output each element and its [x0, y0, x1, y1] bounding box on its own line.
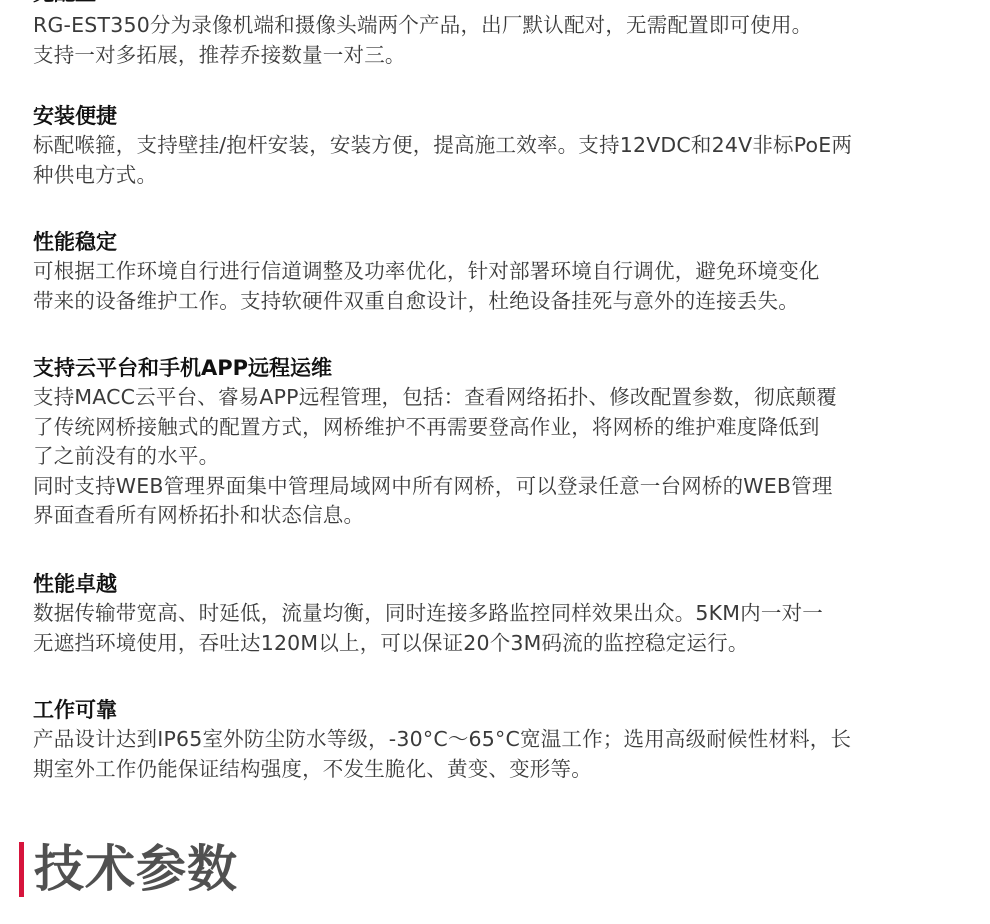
section-paragraph: 支持MACC云平台、睿易APP远程管理，包括：查看网络拓扑、修改配置参数，彻底颠… [33, 383, 968, 531]
intro-line: 支持一对多拓展，推荐乔接数量一对三。 [33, 41, 968, 71]
section-paragraph: 可根据工作环境自行进行信道调整及功率优化，针对部署环境自行调优，避免环境变化 带… [33, 257, 968, 316]
paragraph-line: 种供电方式。 [33, 161, 968, 191]
section-paragraph: 产品设计达到IP65室外防尘防水等级，-30°C～65°C宽温工作；选用高级耐候… [33, 725, 968, 784]
paragraph-line: 数据传输带宽高、时延低，流量均衡，同时连接多路监控同样效果出众。5KM内一对一 [33, 599, 968, 629]
accent-bar [19, 842, 24, 897]
paragraph-line: 带来的设备维护工作。支持软硬件双重自愈设计，杜绝设备挂死与意外的连接丢失。 [33, 287, 968, 317]
feature-section-reliability: 工作可靠 产品设计达到IP65室外防尘防水等级，-30°C～65°C宽温工作；选… [33, 695, 968, 784]
paragraph-line: 支持MACC云平台、睿易APP远程管理，包括：查看网络拓扑、修改配置参数，彻底颠… [33, 383, 968, 413]
paragraph-line: 界面查看所有网桥拓扑和状态信息。 [33, 501, 968, 531]
paragraph-line: 同时支持WEB管理界面集中管理局域网中所有网桥，可以登录任意一台网桥的WEB管理 [33, 472, 968, 502]
section-title: 支持云平台和手机APP远程运维 [33, 353, 968, 383]
feature-section-performance: 性能卓越 数据传输带宽高、时延低，流量均衡，同时连接多路监控同样效果出众。5KM… [33, 569, 968, 658]
product-feature-page: 免配置 RG-EST350分为录像机端和摄像头端两个产品，出厂默认配对，无需配置… [0, 0, 990, 924]
paragraph-line: 了之前没有的水平。 [33, 442, 968, 472]
section-title: 性能稳定 [33, 227, 968, 257]
section-title: 工作可靠 [33, 695, 968, 725]
tech-specs-header: 技术参数 [19, 838, 238, 900]
section-paragraph: 数据传输带宽高、时延低，流量均衡，同时连接多路监控同样效果出众。5KM内一对一 … [33, 599, 968, 658]
paragraph-line: 无遮挡环境使用，吞吐达120M以上，可以保证20个3M码流的监控稳定运行。 [33, 629, 968, 659]
intro-line: RG-EST350分为录像机端和摄像头端两个产品，出厂默认配对，无需配置即可使用… [33, 11, 968, 41]
paragraph-line: 可根据工作环境自行进行信道调整及功率优化，针对部署环境自行调优，避免环境变化 [33, 257, 968, 287]
feature-section-installation: 安装便捷 标配喉箍，支持壁挂/抱杆安装，安装方便，提高施工效率。支持12VDC和… [33, 101, 968, 190]
section-title: 性能卓越 [33, 569, 968, 599]
tech-specs-title: 技术参数 [34, 838, 238, 900]
feature-section-stability: 性能稳定 可根据工作环境自行进行信道调整及功率优化，针对部署环境自行调优，避免环… [33, 227, 968, 316]
paragraph-line: 标配喉箍，支持壁挂/抱杆安装，安装方便，提高施工效率。支持12VDC和24V非标… [33, 131, 968, 161]
feature-section-remote-ops: 支持云平台和手机APP远程运维 支持MACC云平台、睿易APP远程管理，包括：查… [33, 353, 968, 531]
section-title: 安装便捷 [33, 101, 968, 131]
clipped-section-title: 免配置 [33, 0, 96, 6]
paragraph-line: 产品设计达到IP65室外防尘防水等级，-30°C～65°C宽温工作；选用高级耐候… [33, 725, 968, 755]
intro-section: RG-EST350分为录像机端和摄像头端两个产品，出厂默认配对，无需配置即可使用… [33, 11, 968, 70]
paragraph-line: 期室外工作仍能保证结构强度，不发生脆化、黄变、变形等。 [33, 755, 968, 785]
section-paragraph: 标配喉箍，支持壁挂/抱杆安装，安装方便，提高施工效率。支持12VDC和24V非标… [33, 131, 968, 190]
intro-paragraph: RG-EST350分为录像机端和摄像头端两个产品，出厂默认配对，无需配置即可使用… [33, 11, 968, 70]
paragraph-line: 了传统网桥接触式的配置方式，网桥维护不再需要登高作业，将网桥的维护难度降低到 [33, 413, 968, 443]
